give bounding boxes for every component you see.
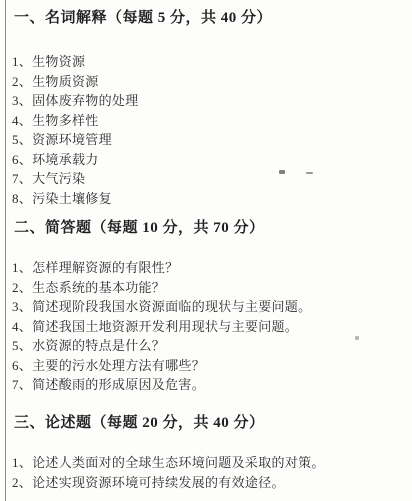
section-term-definitions: 一、名词解释（每题 5 分，共 40 分） 1、生物资源 2、生物质资源 3、固… bbox=[0, 8, 412, 208]
question-item: 4、生物多样性 bbox=[12, 111, 412, 131]
question-list: 1、怎样理解资源的有限性？ 2、生态系统的基本功能？ 3、简述现阶段我国水资源面… bbox=[0, 258, 412, 395]
question-item: 7、大气污染 bbox=[12, 169, 412, 189]
question-item: 1、怎样理解资源的有限性？ bbox=[12, 258, 412, 278]
scan-speck-artifact bbox=[355, 336, 359, 340]
question-item: 2、生态系统的基本功能？ bbox=[12, 278, 412, 298]
question-item: 5、水资源的特点是什么？ bbox=[12, 336, 412, 356]
section-heading: 三、论述题（每题 20 分，共 40 分） bbox=[0, 413, 412, 433]
scan-speck-artifact bbox=[279, 170, 285, 174]
question-item: 3、简述现阶段我国水资源面临的现状与主要问题。 bbox=[12, 297, 412, 317]
question-item: 2、生物质资源 bbox=[12, 72, 412, 92]
section-heading: 一、名词解释（每题 5 分，共 40 分） bbox=[0, 8, 412, 28]
section-heading: 二、简答题（每题 10 分，共 70 分） bbox=[0, 218, 412, 238]
question-item: 5、资源环境管理 bbox=[12, 130, 412, 150]
question-item: 3、固体废弃物的处理 bbox=[12, 91, 412, 111]
question-item: 1、论述人类面对的全球生态环境问题及采取的对策。 bbox=[12, 453, 412, 473]
scan-speck-artifact bbox=[306, 172, 313, 174]
question-list: 1、论述人类面对的全球生态环境问题及采取的对策。 2、论述实现资源环境可持续发展… bbox=[0, 453, 412, 492]
question-item: 6、环境承载力 bbox=[12, 150, 412, 170]
question-item: 1、生物资源 bbox=[12, 52, 412, 72]
question-list: 1、生物资源 2、生物质资源 3、固体废弃物的处理 4、生物多样性 5、资源环境… bbox=[0, 52, 412, 208]
question-item: 8、污染土壤修复 bbox=[12, 189, 412, 209]
question-item: 2、论述实现资源环境可持续发展的有效途径。 bbox=[12, 473, 412, 493]
section-essay: 三、论述题（每题 20 分，共 40 分） 1、论述人类面对的全球生态环境问题及… bbox=[0, 413, 412, 492]
question-item: 4、简述我国土地资源开发利用现状与主要问题。 bbox=[12, 317, 412, 337]
section-short-answer: 二、简答题（每题 10 分，共 70 分） 1、怎样理解资源的有限性？ 2、生态… bbox=[0, 218, 412, 395]
question-item: 7、简述酸雨的形成原因及危害。 bbox=[12, 375, 412, 395]
question-item: 6、主要的污水处理方法有哪些？ bbox=[12, 356, 412, 376]
exam-paper-page: 一、名词解释（每题 5 分，共 40 分） 1、生物资源 2、生物质资源 3、固… bbox=[0, 0, 412, 501]
